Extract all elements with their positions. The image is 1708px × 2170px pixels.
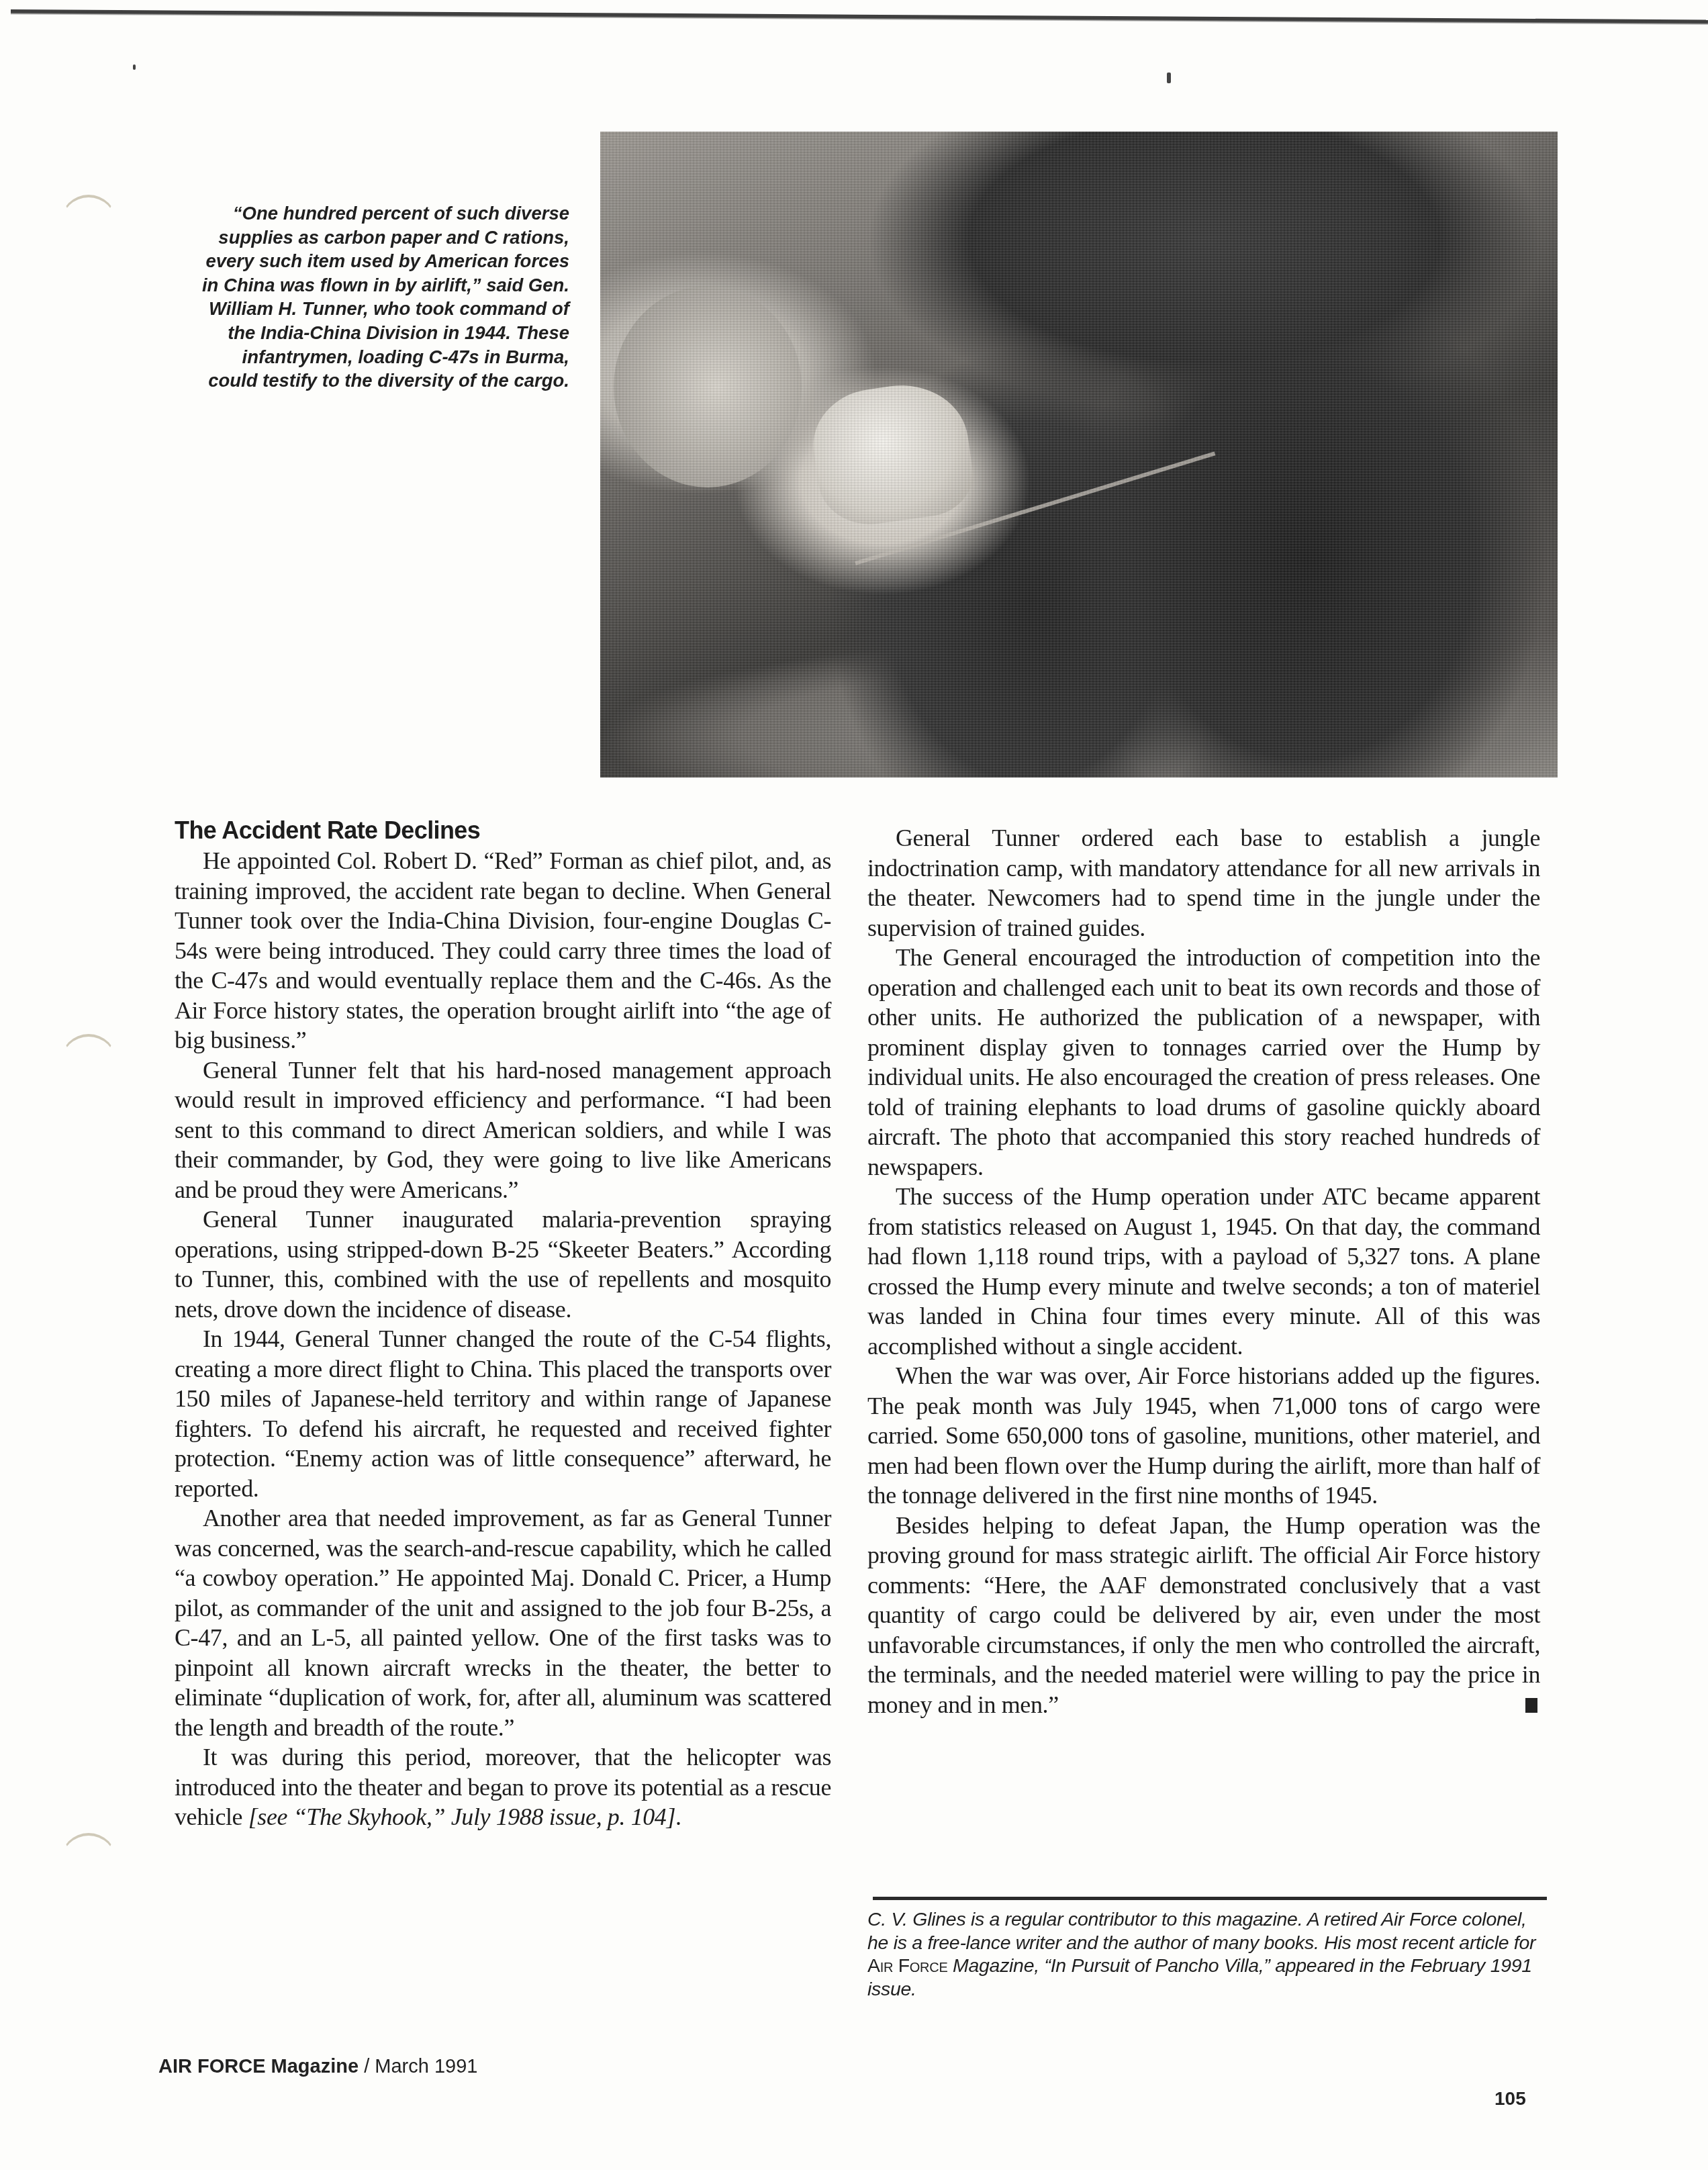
paragraph: The success of the Hump operation under … [867,1182,1540,1361]
bio-divider [873,1897,1547,1900]
scan-speck [133,64,136,70]
scan-top-edge-rule [11,9,1708,25]
article-column-left: The Accident Rate Declines He appointed … [175,815,831,1832]
paragraph: The General encouraged the introduction … [867,943,1540,1182]
article-photo [600,132,1558,777]
paragraph: Besides helping to defeat Japan, the Hum… [867,1511,1540,1720]
footer-magazine-name: AIR FORCE Magazine [158,2056,359,2077]
footer-publication: AIR FORCE Magazine / March 1991 [158,2056,477,2078]
footer-issue-date: March 1991 [375,2056,477,2077]
paragraph-text: Besides helping to defeat Japan, the Hum… [867,1512,1540,1718]
binder-hole-mark-middle [60,1034,117,1090]
photo-grain-overlay [600,132,1558,777]
bio-text-end: Magazine, “In Pursuit of Pancho Villa,” … [867,1955,1532,2000]
photo-caption: “One hundred percent of such diverse sup… [201,201,569,393]
binder-hole-mark-bottom [60,1833,117,1889]
scan-speck [1167,73,1171,83]
paragraph-end: . [675,1803,681,1830]
paragraph: Another area that needed improvement, as… [175,1503,831,1742]
paragraph: It was during this period, moreover, tha… [175,1742,831,1832]
author-bio: C. V. Glines is a regular contributor to… [867,1908,1546,2001]
binder-hole-mark-top [60,195,117,251]
page-number: 105 [1494,2088,1526,2110]
paragraph: When the war was over, Air Force histori… [867,1361,1540,1511]
paragraph: General Tunner ordered each base to esta… [867,823,1540,943]
footer-separator: / [359,2056,375,2077]
paragraph: He appointed Col. Robert D. “Red” Forman… [175,846,831,1055]
cross-reference: [see “The Skyhook,” July 1988 issue, p. … [248,1803,675,1830]
paragraph: General Tunner felt that his hard-nosed … [175,1055,831,1205]
article-column-right: General Tunner ordered each base to esta… [867,823,1540,1719]
paragraph: General Tunner inaugurated malaria-preve… [175,1205,831,1324]
section-heading: The Accident Rate Declines [175,815,831,846]
bio-magazine-name: Air Force [867,1955,947,1977]
end-of-article-square-icon [1525,1698,1537,1713]
paragraph: In 1944, General Tunner changed the rout… [175,1324,831,1503]
bio-text: C. V. Glines is a regular contributor to… [867,1909,1535,1954]
